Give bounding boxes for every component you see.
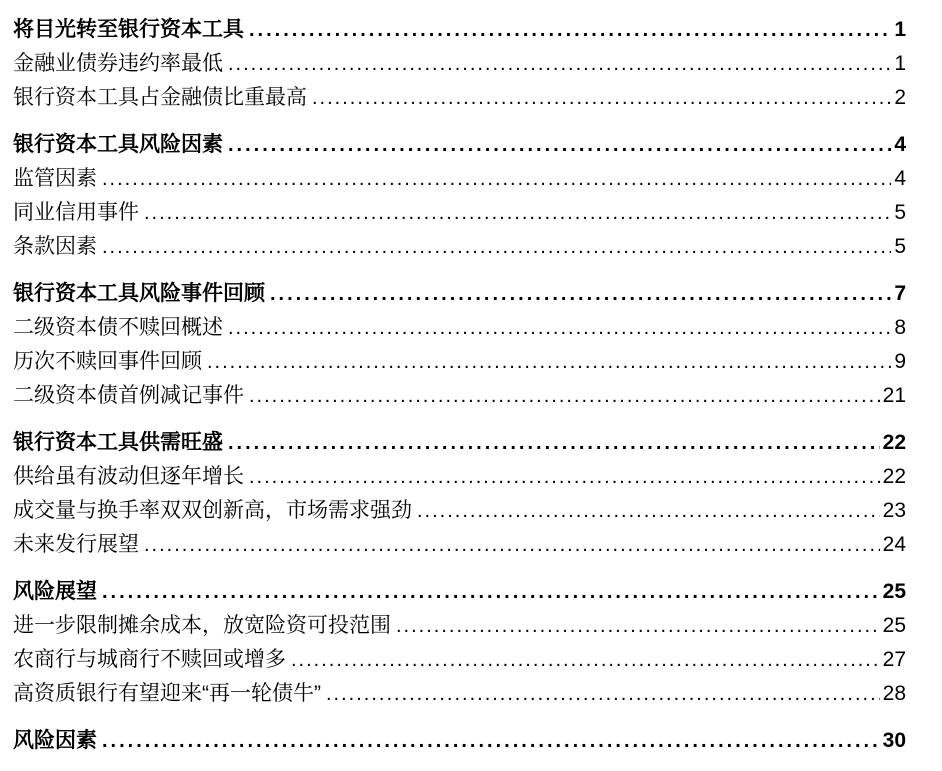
toc-heading-row[interactable]: 银行资本工具风险因素 4: [13, 128, 906, 162]
dot-leader: [102, 575, 880, 609]
dot-leader: [102, 230, 891, 264]
toc-page-number: 25: [883, 609, 906, 643]
toc-entry-row[interactable]: 成交量与换手率双双创新高，市场需求强劲 23: [13, 494, 906, 528]
toc-entry-title: 供给虽有波动但逐年增长: [13, 460, 244, 494]
toc-entry-row[interactable]: 未来发行展望 24: [13, 528, 906, 562]
toc-page-number: 8: [894, 311, 906, 345]
dot-leader: [102, 724, 880, 758]
toc-entry-row[interactable]: 进一步限制摊余成本，放宽险资可投范围 25: [13, 609, 906, 643]
toc-entry-title: 同业信用事件: [13, 196, 139, 230]
dot-leader: [249, 13, 891, 47]
toc-entry-row[interactable]: 历次不赎回事件回顾 9: [13, 345, 906, 379]
table-of-contents: 将目光转至银行资本工具 1 金融业债券违约率最低 1 银行资本工具占金融债比重最…: [0, 0, 942, 758]
toc-page: { "page": { "background": "#ffffff", "te…: [0, 0, 942, 771]
toc-entry-title: 未来发行展望: [13, 528, 139, 562]
dot-leader: [228, 128, 891, 162]
toc-page-number: 1: [894, 47, 906, 81]
toc-section-4: 银行资本工具供需旺盛 22 供给虽有波动但逐年增长 22 成交量与换手率双双创新…: [13, 426, 906, 562]
toc-heading-row[interactable]: 将目光转至银行资本工具 1: [13, 13, 906, 47]
toc-page-number: 1: [894, 13, 906, 47]
toc-heading-title: 风险展望: [13, 575, 97, 609]
toc-entry-title: 高资质银行有望迎来“再一轮债牛”: [13, 677, 321, 711]
dot-leader: [417, 494, 880, 528]
toc-entry-row[interactable]: 银行资本工具占金融债比重最高 2: [13, 81, 906, 115]
toc-entry-row[interactable]: 供给虽有波动但逐年增长 22: [13, 460, 906, 494]
dot-leader: [249, 379, 880, 413]
toc-entry-row[interactable]: 二级资本债不赎回概述 8: [13, 311, 906, 345]
toc-page-number: 24: [883, 528, 906, 562]
toc-heading-title: 银行资本工具供需旺盛: [13, 426, 223, 460]
toc-entry-title: 金融业债券违约率最低: [13, 47, 223, 81]
toc-entry-row[interactable]: 同业信用事件 5: [13, 196, 906, 230]
toc-section-6: 风险因素 30: [13, 724, 906, 758]
toc-page-number: 7: [894, 277, 906, 311]
toc-page-number: 23: [883, 494, 906, 528]
toc-entry-title: 农商行与城商行不赎回或增多: [13, 643, 286, 677]
dot-leader: [396, 609, 880, 643]
toc-page-number: 30: [883, 724, 906, 758]
toc-page-number: 21: [883, 379, 906, 413]
toc-page-number: 28: [883, 677, 906, 711]
toc-entry-row[interactable]: 金融业债券违约率最低 1: [13, 47, 906, 81]
dot-leader: [249, 460, 880, 494]
toc-page-number: 9: [894, 345, 906, 379]
toc-heading-title: 风险因素: [13, 724, 97, 758]
toc-page-number: 2: [894, 81, 906, 115]
toc-entry-title: 银行资本工具占金融债比重最高: [13, 81, 307, 115]
toc-entry-title: 进一步限制摊余成本，放宽险资可投范围: [13, 609, 391, 643]
toc-heading-title: 银行资本工具风险事件回顾: [13, 277, 265, 311]
toc-heading-title: 银行资本工具风险因素: [13, 128, 223, 162]
toc-heading-row[interactable]: 风险展望 25: [13, 575, 906, 609]
toc-entry-title: 二级资本债首例减记事件: [13, 379, 244, 413]
dot-leader: [312, 81, 891, 115]
dot-leader: [228, 311, 891, 345]
dot-leader: [326, 677, 880, 711]
toc-section-2: 银行资本工具风险因素 4 监管因素 4 同业信用事件 5 条款因素 5: [13, 128, 906, 264]
toc-entry-row[interactable]: 二级资本债首例减记事件 21: [13, 379, 906, 413]
toc-heading-row[interactable]: 银行资本工具供需旺盛 22: [13, 426, 906, 460]
dot-leader: [102, 162, 891, 196]
toc-entry-title: 监管因素: [13, 162, 97, 196]
toc-page-number: 4: [894, 128, 906, 162]
toc-heading-row[interactable]: 银行资本工具风险事件回顾 7: [13, 277, 906, 311]
toc-entry-title: 成交量与换手率双双创新高，市场需求强劲: [13, 494, 412, 528]
dot-leader: [270, 277, 891, 311]
toc-entry-row[interactable]: 监管因素 4: [13, 162, 906, 196]
toc-entry-title: 历次不赎回事件回顾: [13, 345, 202, 379]
toc-entry-row[interactable]: 高资质银行有望迎来“再一轮债牛” 28: [13, 677, 906, 711]
toc-page-number: 22: [883, 460, 906, 494]
toc-heading-title: 将目光转至银行资本工具: [13, 13, 244, 47]
toc-page-number: 5: [894, 230, 906, 264]
toc-section-3: 银行资本工具风险事件回顾 7 二级资本债不赎回概述 8 历次不赎回事件回顾 9 …: [13, 277, 906, 413]
toc-section-1: 将目光转至银行资本工具 1 金融业债券违约率最低 1 银行资本工具占金融债比重最…: [13, 13, 906, 115]
dot-leader: [291, 643, 880, 677]
toc-entry-title: 二级资本债不赎回概述: [13, 311, 223, 345]
toc-page-number: 4: [894, 162, 906, 196]
toc-entry-row[interactable]: 条款因素 5: [13, 230, 906, 264]
toc-entry-row[interactable]: 农商行与城商行不赎回或增多 27: [13, 643, 906, 677]
toc-page-number: 22: [883, 426, 906, 460]
dot-leader: [207, 345, 891, 379]
toc-entry-title: 条款因素: [13, 230, 97, 264]
toc-page-number: 5: [894, 196, 906, 230]
toc-page-number: 27: [883, 643, 906, 677]
toc-page-number: 25: [883, 575, 906, 609]
toc-section-5: 风险展望 25 进一步限制摊余成本，放宽险资可投范围 25 农商行与城商行不赎回…: [13, 575, 906, 711]
toc-heading-row[interactable]: 风险因素 30: [13, 724, 906, 758]
dot-leader: [144, 528, 880, 562]
dot-leader: [228, 426, 880, 460]
dot-leader: [144, 196, 891, 230]
dot-leader: [228, 47, 891, 81]
